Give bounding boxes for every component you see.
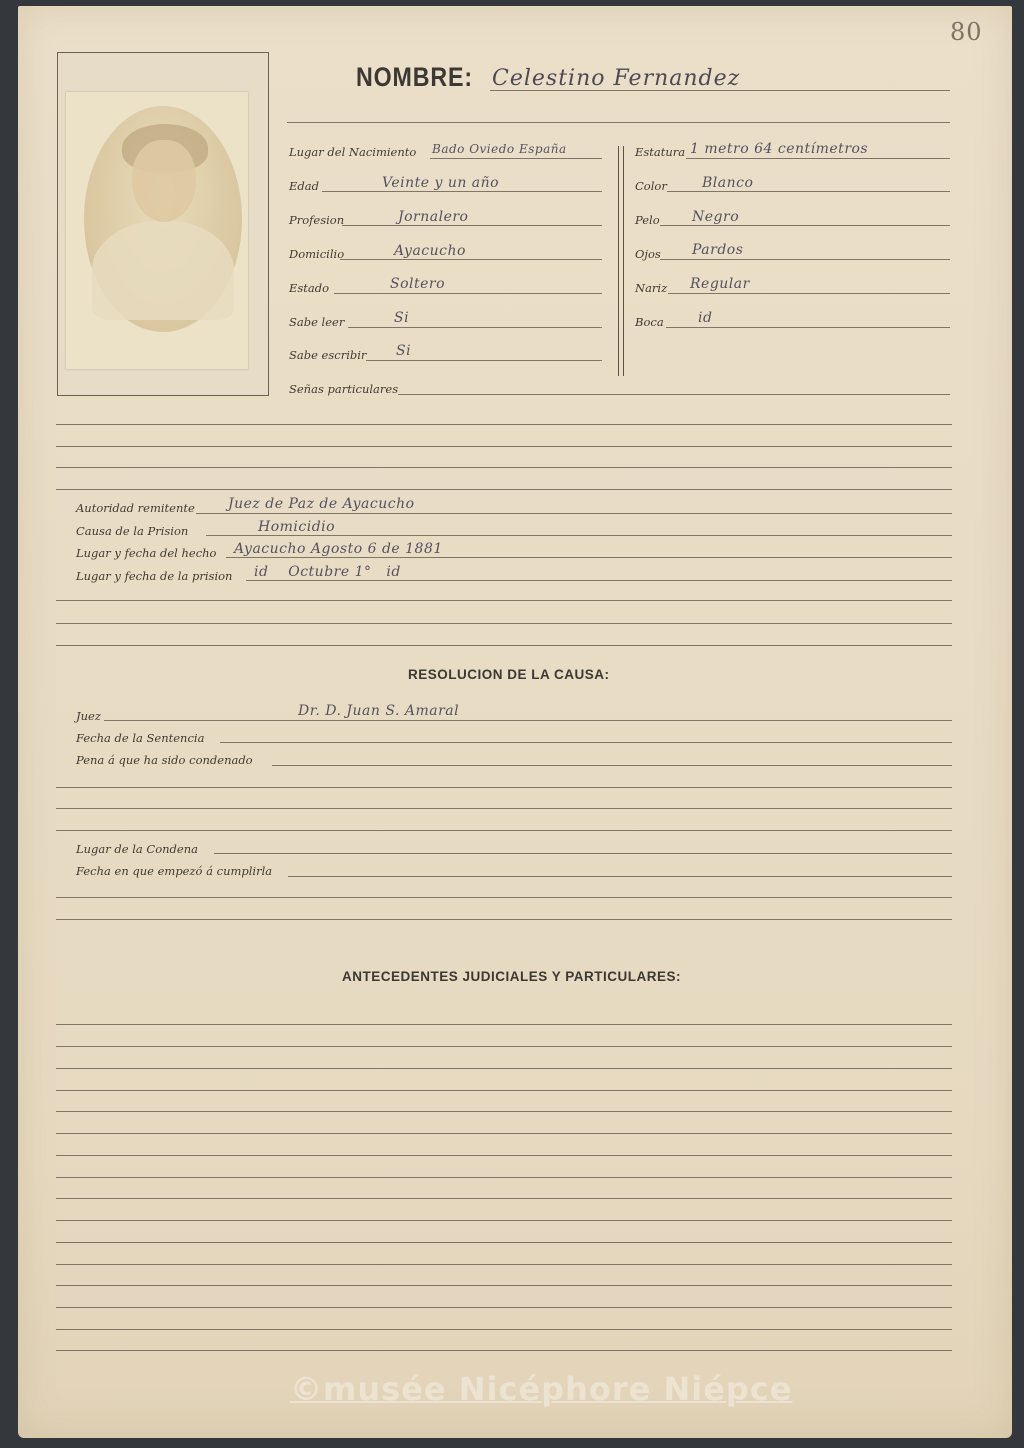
blank-line	[56, 787, 952, 788]
blank-line	[56, 919, 952, 920]
blank-line	[56, 1155, 952, 1156]
title-underline	[287, 122, 950, 123]
field-value-profession: Jornalero	[398, 209, 468, 225]
field-label-place-date-of-event: Lugar y fecha del hecho	[76, 546, 216, 560]
field-line	[322, 191, 602, 192]
field-label-nose: Nariz	[635, 281, 667, 295]
blank-line	[56, 1046, 952, 1047]
blank-line	[56, 1133, 952, 1134]
field-label-cause-of-imprisonment: Causa de la Prision	[76, 524, 188, 538]
field-label-place-date-of-imprisonment: Lugar y fecha de la prision	[76, 569, 232, 583]
field-value-can-read: Si	[394, 310, 409, 326]
field-line	[288, 876, 952, 877]
field-line	[272, 765, 952, 766]
field-value-marital-status: Soltero	[390, 276, 445, 292]
name-value: Celestino Fernandez	[492, 66, 740, 91]
blank-line	[56, 1329, 952, 1330]
field-label-birthplace: Lugar del Nacimiento	[289, 145, 416, 159]
blank-line	[56, 623, 952, 624]
blank-line	[56, 1090, 952, 1091]
field-line	[398, 394, 950, 395]
field-line	[348, 327, 602, 328]
field-line	[660, 259, 950, 260]
field-value-nose: Regular	[690, 276, 750, 292]
field-value-can-write: Si	[396, 343, 411, 359]
field-value-hair: Negro	[692, 209, 739, 225]
field-label-mouth: Boca	[635, 315, 664, 329]
field-value-birthplace: Bado Oviedo España	[432, 142, 567, 156]
blank-line	[56, 424, 952, 425]
field-label-domicile: Domicilio	[289, 247, 344, 261]
field-value-judge: Dr. D. Juan S. Amaral	[298, 703, 459, 719]
blank-line	[56, 1068, 952, 1069]
blank-line	[56, 1024, 952, 1025]
field-line	[660, 225, 950, 226]
blank-line	[56, 1264, 952, 1265]
page-number: 80	[950, 18, 983, 46]
antecedentes-heading: ANTECEDENTES JUDICIALES Y PARTICULARES:	[342, 969, 681, 984]
field-value-remitting-authority: Juez de Paz de Ayacucho	[228, 496, 415, 512]
blank-line	[56, 897, 952, 898]
field-line	[340, 259, 602, 260]
field-line	[366, 360, 602, 361]
field-label-sentence: Pena á que ha sido condenado	[76, 753, 253, 767]
museum-watermark: ©musée Nicéphore Niépce	[290, 1370, 792, 1408]
field-value-place-date-of-imprisonment: id Octubre 1° id	[254, 564, 401, 580]
field-line	[686, 158, 950, 159]
field-label-age: Edad	[289, 179, 319, 193]
field-label-place-of-sentence: Lugar de la Condena	[76, 842, 198, 856]
field-value-color: Blanco	[702, 175, 753, 191]
field-label-can-write: Sabe escribir	[289, 348, 366, 362]
field-line	[342, 225, 602, 226]
field-label-height: Estatura	[635, 145, 685, 159]
field-label-profession: Profesion	[289, 213, 344, 227]
field-line	[206, 535, 952, 536]
blank-line	[56, 808, 952, 809]
blank-line	[56, 1220, 952, 1221]
blank-line	[56, 1111, 952, 1112]
field-label-judge: Juez	[76, 709, 101, 723]
field-label-hair: Pelo	[635, 213, 660, 227]
blank-line	[56, 1350, 952, 1351]
blank-line	[56, 489, 952, 490]
field-line	[196, 513, 952, 514]
blank-line	[56, 600, 952, 601]
portrait-face	[132, 140, 196, 222]
resolution-heading: RESOLUCION DE LA CAUSA:	[408, 667, 610, 682]
field-line	[226, 557, 952, 558]
field-value-eyes: Pardos	[692, 242, 743, 258]
field-value-mouth: id	[698, 310, 712, 326]
blank-line	[56, 1242, 952, 1243]
column-divider	[618, 146, 624, 376]
field-line	[430, 158, 602, 159]
field-line	[666, 327, 950, 328]
portrait-body	[92, 220, 234, 320]
blank-line	[56, 645, 952, 646]
blank-line	[56, 1285, 952, 1286]
field-label-sentence-date: Fecha de la Sentencia	[76, 731, 204, 745]
field-line	[667, 191, 950, 192]
field-label-can-read: Sabe leer	[289, 315, 344, 329]
blank-line	[56, 1307, 952, 1308]
field-label-marital-status: Estado	[289, 281, 329, 295]
field-value-domicile: Ayacucho	[394, 243, 466, 259]
name-label: NOMBRE:	[356, 62, 473, 93]
field-line	[668, 293, 950, 294]
field-value-height: 1 metro 64 centímetros	[690, 141, 868, 157]
field-line	[214, 853, 952, 854]
blank-line	[56, 446, 952, 447]
field-value-cause-of-imprisonment: Homicidio	[258, 519, 335, 535]
field-label-remitting-authority: Autoridad remitente	[76, 501, 195, 515]
field-label-start-date: Fecha en que empezó á cumplirla	[76, 864, 272, 878]
field-line	[104, 720, 952, 721]
field-label-color: Color	[635, 179, 667, 193]
field-label-distinguishing-marks: Señas particulares	[289, 382, 398, 396]
field-label-eyes: Ojos	[635, 247, 661, 261]
blank-line	[56, 830, 952, 831]
name-line	[490, 90, 950, 91]
blank-line	[56, 467, 952, 468]
blank-line	[56, 1198, 952, 1199]
field-line	[334, 293, 602, 294]
field-line	[220, 742, 952, 743]
blank-line	[56, 1177, 952, 1178]
field-value-place-date-of-event: Ayacucho Agosto 6 de 1881	[234, 541, 443, 557]
field-line	[246, 580, 952, 581]
field-value-age: Veinte y un año	[382, 175, 499, 191]
